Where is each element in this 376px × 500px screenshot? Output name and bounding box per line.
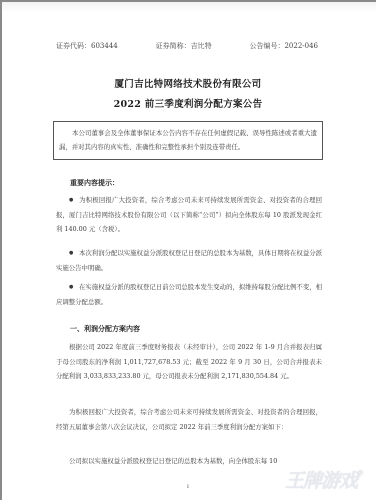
key-point-item: ●本次利润分配以实施权益分派股权登记日登记的总股本为基数，具体日期将在权益分派实… — [56, 246, 322, 275]
document-title: 2022 前三季度利润分配方案公告 — [0, 96, 376, 110]
key-point-item: ●在实施权益分派的股权登记日前公司总股本发生变动的，拟维持每股分配比例不变，相应… — [56, 280, 322, 309]
stock-code: 证券代码：603444 — [56, 41, 118, 51]
section-heading: 一、利润分配方案内容 — [70, 324, 140, 334]
bullet-icon: ● — [69, 280, 79, 295]
company-title: 厦门吉比特网络技术股份有限公司 — [0, 76, 376, 90]
announcement-meta: 证券代码：603444 证券简称：吉比特 公告编号：2022-046 — [56, 41, 318, 51]
section-paragraph: 公司拟以实施权益分派股权登记日登记的总股本为基数，向全体股东每 10 — [56, 454, 322, 469]
watermark-text: 王牌游戏 — [285, 470, 357, 492]
bullet-icon: ● — [69, 193, 79, 208]
document-page: 证券代码：603444 证券简称：吉比特 公告编号：2022-046 厦门吉比特… — [0, 0, 376, 500]
section-paragraph: 为积极回报广大投资者，综合考虑公司未来可持续发展所需资金、对投资者的合理回报，经… — [56, 405, 322, 434]
bullet-icon: ● — [69, 246, 79, 261]
registered-mark: ® — [357, 469, 363, 477]
watermark-logo: 王牌游戏® — [285, 466, 375, 496]
key-point-text: 本次利润分配以实施权益分派股权登记日登记的总股本为基数，具体日期将在权益分派实施… — [56, 249, 322, 272]
stock-abbreviation: 证券简称：吉比特 — [156, 41, 212, 51]
key-point-item: ●为积极回报广大投资者，综合考虑公司未来可持续发展所需资金、对投资者的合理回报，… — [56, 193, 322, 237]
key-point-text: 在实施权益分派的股权登记日前公司总股本发生变动的，拟维持每股分配比例不变，相应调… — [56, 283, 322, 306]
key-point-text: 为积极回报广大投资者，综合考虑公司未来可持续发展所需资金、对投资者的合理回报，厦… — [56, 196, 322, 233]
announcement-number: 公告编号：2022-046 — [249, 41, 318, 51]
board-notice-box: 本公司董事会及全体董事保证本公告内容不存在任何虚假记载、误导性陈述或者重大遗漏，… — [53, 121, 323, 160]
section-paragraph: 根据公司 2022 年度前三季度财务报表（未经审计），公司 2022 年 1-9… — [56, 340, 322, 384]
key-points-heading: 重要内容提示： — [70, 178, 119, 188]
